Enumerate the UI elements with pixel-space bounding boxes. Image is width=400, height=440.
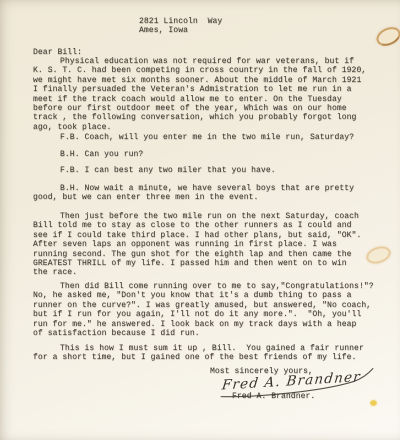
- salutation: Dear Bill:: [33, 48, 82, 57]
- yellow-spot-stain: [370, 400, 377, 406]
- letter-paper: 2821 Lincoln WayAmes, Iowa Dear Bill: Ph…: [0, 0, 400, 440]
- body-paragraph-1: Physical education was not required for …: [33, 57, 393, 132]
- return-address: 2821 Lincoln WayAmes, Iowa: [139, 17, 222, 36]
- address-line-1: 2821 Lincoln Way: [139, 17, 222, 26]
- dialogue-line-1: F.B. Coach, will you enter me in the two…: [33, 133, 393, 142]
- rust-ring-stain-top: [374, 24, 400, 50]
- dialogue-line-3: F.B. I can best any two miler that you h…: [33, 166, 393, 175]
- dialogue-line-2: B.H. Can you run?: [33, 150, 393, 159]
- body-paragraph-4: This is how I must sum it up , Bill. You…: [33, 344, 393, 363]
- dialogue-line-4: B.H. Now wait a minute, we have several …: [33, 184, 393, 203]
- body-paragraph-3: Then did Bill come running over to me to…: [33, 282, 393, 338]
- typed-signature-name: Fred A. Brandner.: [232, 392, 315, 401]
- address-line-2: Ames, Iowa: [139, 26, 188, 35]
- body-paragraph-2: Then just before the two mile run on the…: [33, 212, 393, 278]
